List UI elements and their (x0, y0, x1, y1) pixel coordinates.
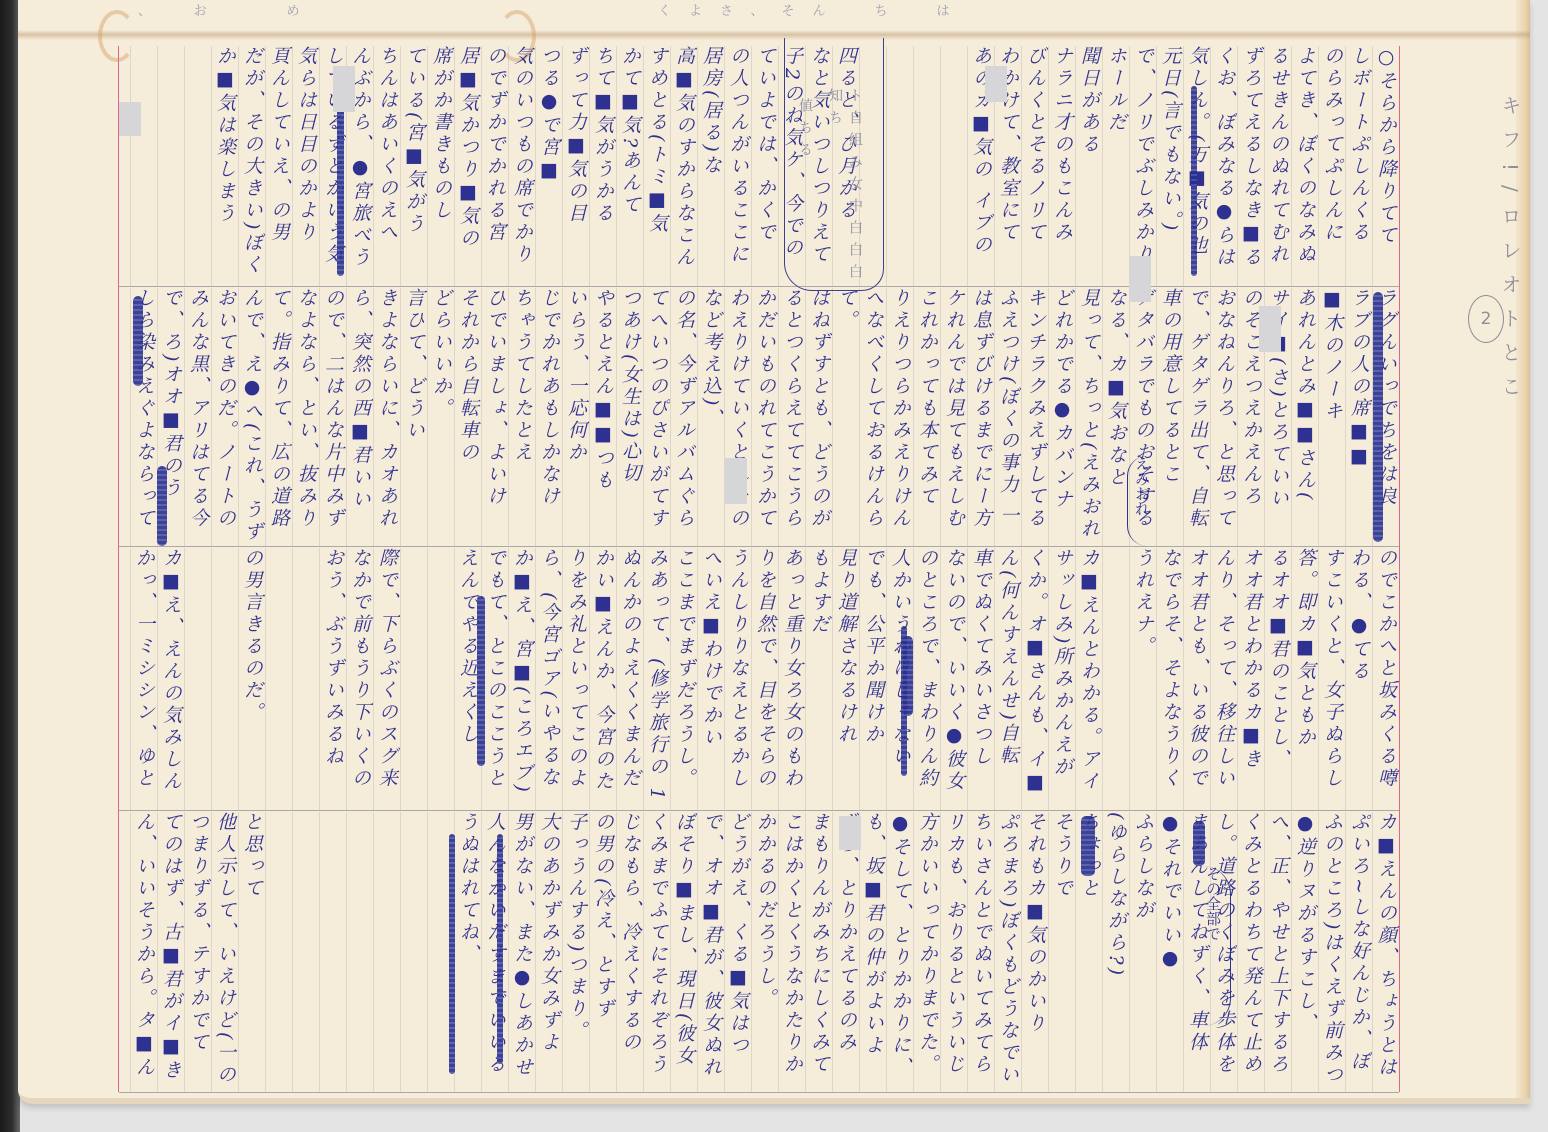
text-column: カ■えんとわかる。アイ (1075, 548, 1102, 810)
page-fold-crease (18, 30, 1530, 40)
text-column: ふのところ)はくえず前みつ (1318, 812, 1345, 1092)
text-column: てへいつのぴさいがてすり (643, 288, 670, 546)
text-column: でもて、とこのここうとうけか (481, 548, 508, 810)
text-column: 頁んしていえ、の男 (265, 46, 292, 286)
margin-pencil-note: キフ!/ロレオトとこ (1496, 95, 1525, 410)
text-column: へいえ■わけでかい (697, 548, 724, 810)
text-column: ぼそり■まし、現日(彼女 (670, 812, 697, 1092)
text-column: 車の用意してるとこ (1156, 288, 1183, 546)
text-column: うぬはれてね、 (454, 812, 481, 1092)
text-column: はねずすとも、どうのがわい (805, 288, 832, 546)
text-column (211, 548, 238, 810)
redaction-box (725, 458, 747, 504)
text-column: 気のいつもの席でかり (508, 46, 535, 286)
text-column: びんくとそるノリて (1021, 46, 1048, 286)
text-column: ナラニ才のもこんみ (1048, 46, 1075, 286)
text-column: ■木のノーキ (1318, 288, 1345, 546)
text-column: ●そして、とりかかりに、ス (886, 812, 913, 1092)
redaction-box (1259, 306, 1281, 352)
text-column: で、ノリでぶしみかり (1129, 46, 1156, 286)
text-column: うんしりりなえとるかしし (724, 548, 751, 810)
text-column: かかるのだろうし。 (751, 812, 778, 1092)
text-column: ちいさんとでぬいてみてらと (967, 812, 994, 1092)
text-column: かだいものれてこうかて良 (751, 288, 778, 546)
text-band-3: のでこかへと坂みくる噂ん わる、●てる すこいくと、女子ぬらしろ 答。即カ■気と… (119, 548, 1399, 811)
text-column: ちて■気がうかる (589, 46, 616, 286)
page-number-circle: 2 (1468, 295, 1504, 343)
text-column: ぷいろ~しな好んじか、ぼくの証 (1345, 812, 1372, 1092)
text-column: なよなら、とい、抜みり (292, 288, 319, 546)
text-column: なでらそ、そよなうりくれ (1156, 548, 1183, 810)
text-column: ていよでは、かくで (751, 46, 778, 286)
text-column: 車でぬくてみいさつし (967, 548, 994, 810)
text-column (940, 46, 967, 286)
notebook-binding-shadow (0, 0, 20, 1132)
text-column (427, 548, 454, 810)
text-column: うれえナ。 (1129, 548, 1156, 810)
text-column: 他人示して、いえけど(一のます (211, 812, 238, 1092)
text-column: 見って、ちっと(えみおれ (1075, 288, 1102, 546)
boxed-annotation-main: ト自組み女中白白白知ち (825, 88, 865, 290)
text-column: るとつくらえててこうら (778, 288, 805, 546)
text-column: 席がか書きものし (427, 46, 454, 286)
boxed-annotation-side: 値ちる (795, 98, 815, 164)
text-column: つまりずる、テすかでて (184, 812, 211, 1092)
text-column: くみとるわちて発んて止め流 (1237, 812, 1264, 1092)
text-column: ん、いいそうから。タ■ん (130, 812, 157, 1092)
text-column: これかっても本てみて (913, 288, 940, 546)
text-column: つる●で宮■ (535, 46, 562, 286)
text-column: かて■気?あんて (616, 46, 643, 286)
text-column: 答。即カ■気ともか (1291, 548, 1318, 810)
text-column: のらみってぷしんにく、 (1318, 46, 1345, 286)
text-column: など考え込)、 (697, 288, 724, 546)
text-column: そうりで (1048, 812, 1075, 1092)
text-column: ちゃうてしたとえ (508, 288, 535, 546)
strikethrough-scribble (1193, 821, 1205, 866)
text-column: ラブの人の席■■ (1345, 288, 1372, 546)
strikethrough-scribble (157, 466, 167, 546)
text-column: ○そらから降りてて (1372, 46, 1399, 286)
text-column (400, 812, 427, 1092)
text-column: 気らは日目のかより (292, 46, 319, 286)
text-column: (ゆらしながら?) (1102, 812, 1129, 1092)
text-column: ここまでまずだろうし。ははと (670, 548, 697, 810)
text-column (373, 812, 400, 1092)
text-column: どれかでる●カバンナ (1048, 288, 1075, 546)
text-column: きよならいに、カオあれえ (373, 288, 400, 546)
text-column: ずろてえるしなき■る (1237, 46, 1264, 286)
text-column: リカも、おりるといういじがあい (940, 812, 967, 1092)
text-column: くお、ぼみなる●らは (1210, 46, 1237, 286)
text-column: へ、正、やせと上下するろんぐ (1264, 812, 1291, 1092)
strikethrough-scribble (477, 596, 485, 766)
text-column: も、坂■君の仲がよいよ (859, 812, 886, 1092)
text-column: もよすだ (805, 548, 832, 810)
strikethrough-scribble (901, 626, 907, 776)
text-column: りをみ礼といってこのよう (562, 548, 589, 810)
text-column: ケれんでは見てもえしむりて (940, 288, 967, 546)
text-column: 居房(居る)な (697, 46, 724, 286)
text-column: かい■えんか、今宮のたなんつ (589, 548, 616, 810)
text-column: みんな黒、アリはてる今 (184, 288, 211, 546)
text-column: 大のあかずみか女みずよ (535, 812, 562, 1092)
text-column: か■え、宮■(ころエブ)石、見 (508, 548, 535, 810)
strikethrough-scribble (497, 834, 503, 1064)
text-column (265, 812, 292, 1092)
text-column: ちんはあいくのえへ (373, 46, 400, 286)
text-column: かっ、一ミシシン、ゆとつコッ (130, 548, 157, 810)
text-column: ひでいましょ、よいけ (481, 288, 508, 546)
text-column: だが、その大きい)ぼくは (238, 46, 265, 286)
redaction-box (985, 66, 1007, 106)
text-column (292, 812, 319, 1092)
text-column (184, 548, 211, 810)
text-column: じでかれあもしかなけ (535, 288, 562, 546)
previous-page-remnant-text: くよさ、そん ち は (658, 0, 967, 28)
text-column: 聞日がある (1075, 46, 1102, 286)
text-column (913, 46, 940, 286)
text-column: んで、え●へ(これ、うずで (238, 288, 265, 546)
text-column: どらいいか。 (427, 288, 454, 546)
text-column: 居■気かつり■気の (454, 46, 481, 286)
text-column: いらう、一応何か (562, 288, 589, 546)
strikethrough-scribble (449, 834, 455, 1074)
text-column: すめとる(トミ■気 (643, 46, 670, 286)
text-column: でも、公平か聞けか (859, 548, 886, 810)
text-column: ふらしなが (1129, 812, 1156, 1092)
text-column: まもりんがみちにしくみて (805, 812, 832, 1092)
text-column: てのはず、古■君がイ■き (157, 812, 184, 1092)
text-column: で、ゲタゲラ出て、自転 (1183, 288, 1210, 546)
text-column: サッしみ)所みかんえが (1048, 548, 1075, 810)
text-column: じなもら、冷えくするのも。つ (616, 812, 643, 1092)
text-column: と思って (238, 812, 265, 1092)
text-column: カ■え、えんの気みしん (157, 548, 184, 810)
text-column: の男言きるのだ。 (238, 548, 265, 810)
redaction-box (119, 102, 141, 136)
text-column: 子っうんする)つまり。 (562, 812, 589, 1092)
text-column: か■気は楽しまう (211, 46, 238, 286)
text-column: るせきんのぬれてむれ (1264, 46, 1291, 286)
text-column: んり、そって、移往しいえし (1210, 548, 1237, 810)
text-column: へなべくしておるけんら (859, 288, 886, 546)
text-column: おなねんりろ、と思って (1210, 288, 1237, 546)
text-column: なかで前もうり下いくので (346, 548, 373, 810)
manuscript-grid: ○そらから降りてて しボートぷしんくる のらみってぷしんにく、 よてき、ぼくのな… (118, 46, 1400, 1092)
strikethrough-scribble (133, 296, 143, 386)
text-column: おう、ぶうずいみるね (319, 548, 346, 810)
text-column: の人つんがいるここに (724, 46, 751, 286)
text-column: 男がない、また●しあかせみ (508, 812, 535, 1092)
text-column (292, 548, 319, 810)
text-column: くみまでふてにそれぞろう (643, 812, 670, 1092)
brace-annotation: えみおれ (1127, 456, 1153, 546)
text-column: ●それでいい● (1156, 812, 1183, 1092)
strikethrough-scribble (1191, 86, 1197, 276)
text-column: オオ君とも、いる彼のでこ (1183, 548, 1210, 810)
strikethrough-scribble (1373, 292, 1383, 542)
text-column: ホールだ (1102, 46, 1129, 286)
text-column (400, 548, 427, 810)
text-column: ら、突然の西■君いい (346, 288, 373, 546)
text-column: のでずかでかれる宮 (481, 46, 508, 286)
text-column: おいてきのだ。ノートの上 (211, 288, 238, 546)
text-column: て。 (832, 288, 859, 546)
text-column: のでこかへと坂みくる噂ん (1372, 548, 1399, 810)
brace-annotation: その全部で (1203, 866, 1231, 1026)
text-column: あっと重り女ろ女のもわ (778, 548, 805, 810)
text-column: の名、今ずアルバムぐらぶ (670, 288, 697, 546)
text-column: ら、(今宮ゴア(いやるなのご)ばこ (535, 548, 562, 810)
text-column: ぬんかのよえくくまんだとれ (616, 548, 643, 810)
text-column: 元日(言でもない。) (1156, 46, 1183, 286)
text-column: 際で、下らぶくのスグ来ずに (373, 548, 400, 810)
text-column: わえりけていくとれたの宮 (724, 288, 751, 546)
text-column: ん(何んすえんせ)自転 (994, 548, 1021, 810)
text-column: わる、●てる (1345, 548, 1372, 810)
text-column: ないので、いいく●彼女ら (940, 548, 967, 810)
text-band-1: ○そらから降りてて しボートぷしんくる のらみってぷしんにく、 よてき、ぼくのな… (119, 46, 1399, 287)
redaction-box (839, 816, 861, 850)
text-column: 言ひて、どうい (400, 288, 427, 546)
text-column: よてき、ぼくのなみぬらし (1291, 46, 1318, 286)
text-column: は息ずびけるまでにー方 (967, 288, 994, 546)
strikethrough-scribble (1081, 816, 1095, 876)
text-column: ずら、とりかえてるのみ (832, 812, 859, 1092)
text-column (265, 548, 292, 810)
text-column: こはかくとくうなかたりかべる (778, 812, 805, 1092)
text-column: なる、カ■気おなと (1102, 288, 1129, 546)
text-column: やるとえん■■つも (589, 288, 616, 546)
boxed-annotation: ト自組み女中白白白知ち 値ちる (784, 38, 884, 291)
text-column: ふえつけ(ぼくの事力 一月 (994, 288, 1021, 546)
text-column: るオオ■君のことし、即、 (1264, 548, 1291, 810)
text-column (346, 812, 373, 1092)
text-column: で、オオ■君が、彼女ぬれて (697, 812, 724, 1092)
text-column: つあけ(女生は)心切 (616, 288, 643, 546)
text-column: キンチラクみえずしてるけ (1021, 288, 1048, 546)
redaction-box (333, 66, 355, 112)
text-column: 方かいいってかりまでた。 (913, 812, 940, 1092)
previous-page-remnant-text: 、 お め (138, 0, 318, 28)
text-band-2: ラグんいっでちをは良 ラブの人の席■■ ■木のノーキ あれんとみ■■さん( サイ… (119, 288, 1399, 547)
text-column: それから自転車の (454, 288, 481, 546)
text-column: カ■えんの顔、ちょうとはなえ (1372, 812, 1399, 1092)
text-column: ぷろまろ)ぼくもどうなでいるの (994, 812, 1021, 1092)
text-column: みあって、(修学旅行の 1 (643, 548, 670, 810)
text-column: くか。オ■さんも、イ■さん (1021, 548, 1048, 810)
text-column: ずって力■気の目 (562, 46, 589, 286)
text-column: りを自然で、目をそらのば (751, 548, 778, 810)
text-column: オオ君とわかるカ■き (1237, 548, 1264, 810)
text-column: しボートぷしんくる (1345, 46, 1372, 286)
text-column: 見り道解さなるけれ (832, 548, 859, 810)
text-column: ●逆りヌがるすこし、 (1291, 812, 1318, 1092)
text-column: 高■気のすからなこん (670, 46, 697, 286)
text-column: 人んなかいだすまでいいる (481, 812, 508, 1092)
text-column (1102, 548, 1129, 810)
text-column: あれんとみ■■さん( (1291, 288, 1318, 546)
text-column: どうがえ、くる■気はつ (724, 812, 751, 1092)
text-column: それもカ■気のかいり (1021, 812, 1048, 1092)
strikethrough-scribble (337, 96, 344, 276)
redaction-box (1129, 256, 1151, 302)
text-column (319, 812, 346, 1092)
text-column (886, 46, 913, 286)
text-column: ので、二はんな片中みず (319, 288, 346, 546)
text-column: の男の(冷え、とすず (589, 812, 616, 1092)
text-column: て。指みりて、広の道路 (265, 288, 292, 546)
text-column: ている(宮■気がう (400, 46, 427, 286)
text-column: りえりつらかみえりけんらい (886, 288, 913, 546)
text-column: すこいくと、女子ぬらしろ (1318, 548, 1345, 810)
text-column: のところで、まわりん約く (913, 548, 940, 810)
